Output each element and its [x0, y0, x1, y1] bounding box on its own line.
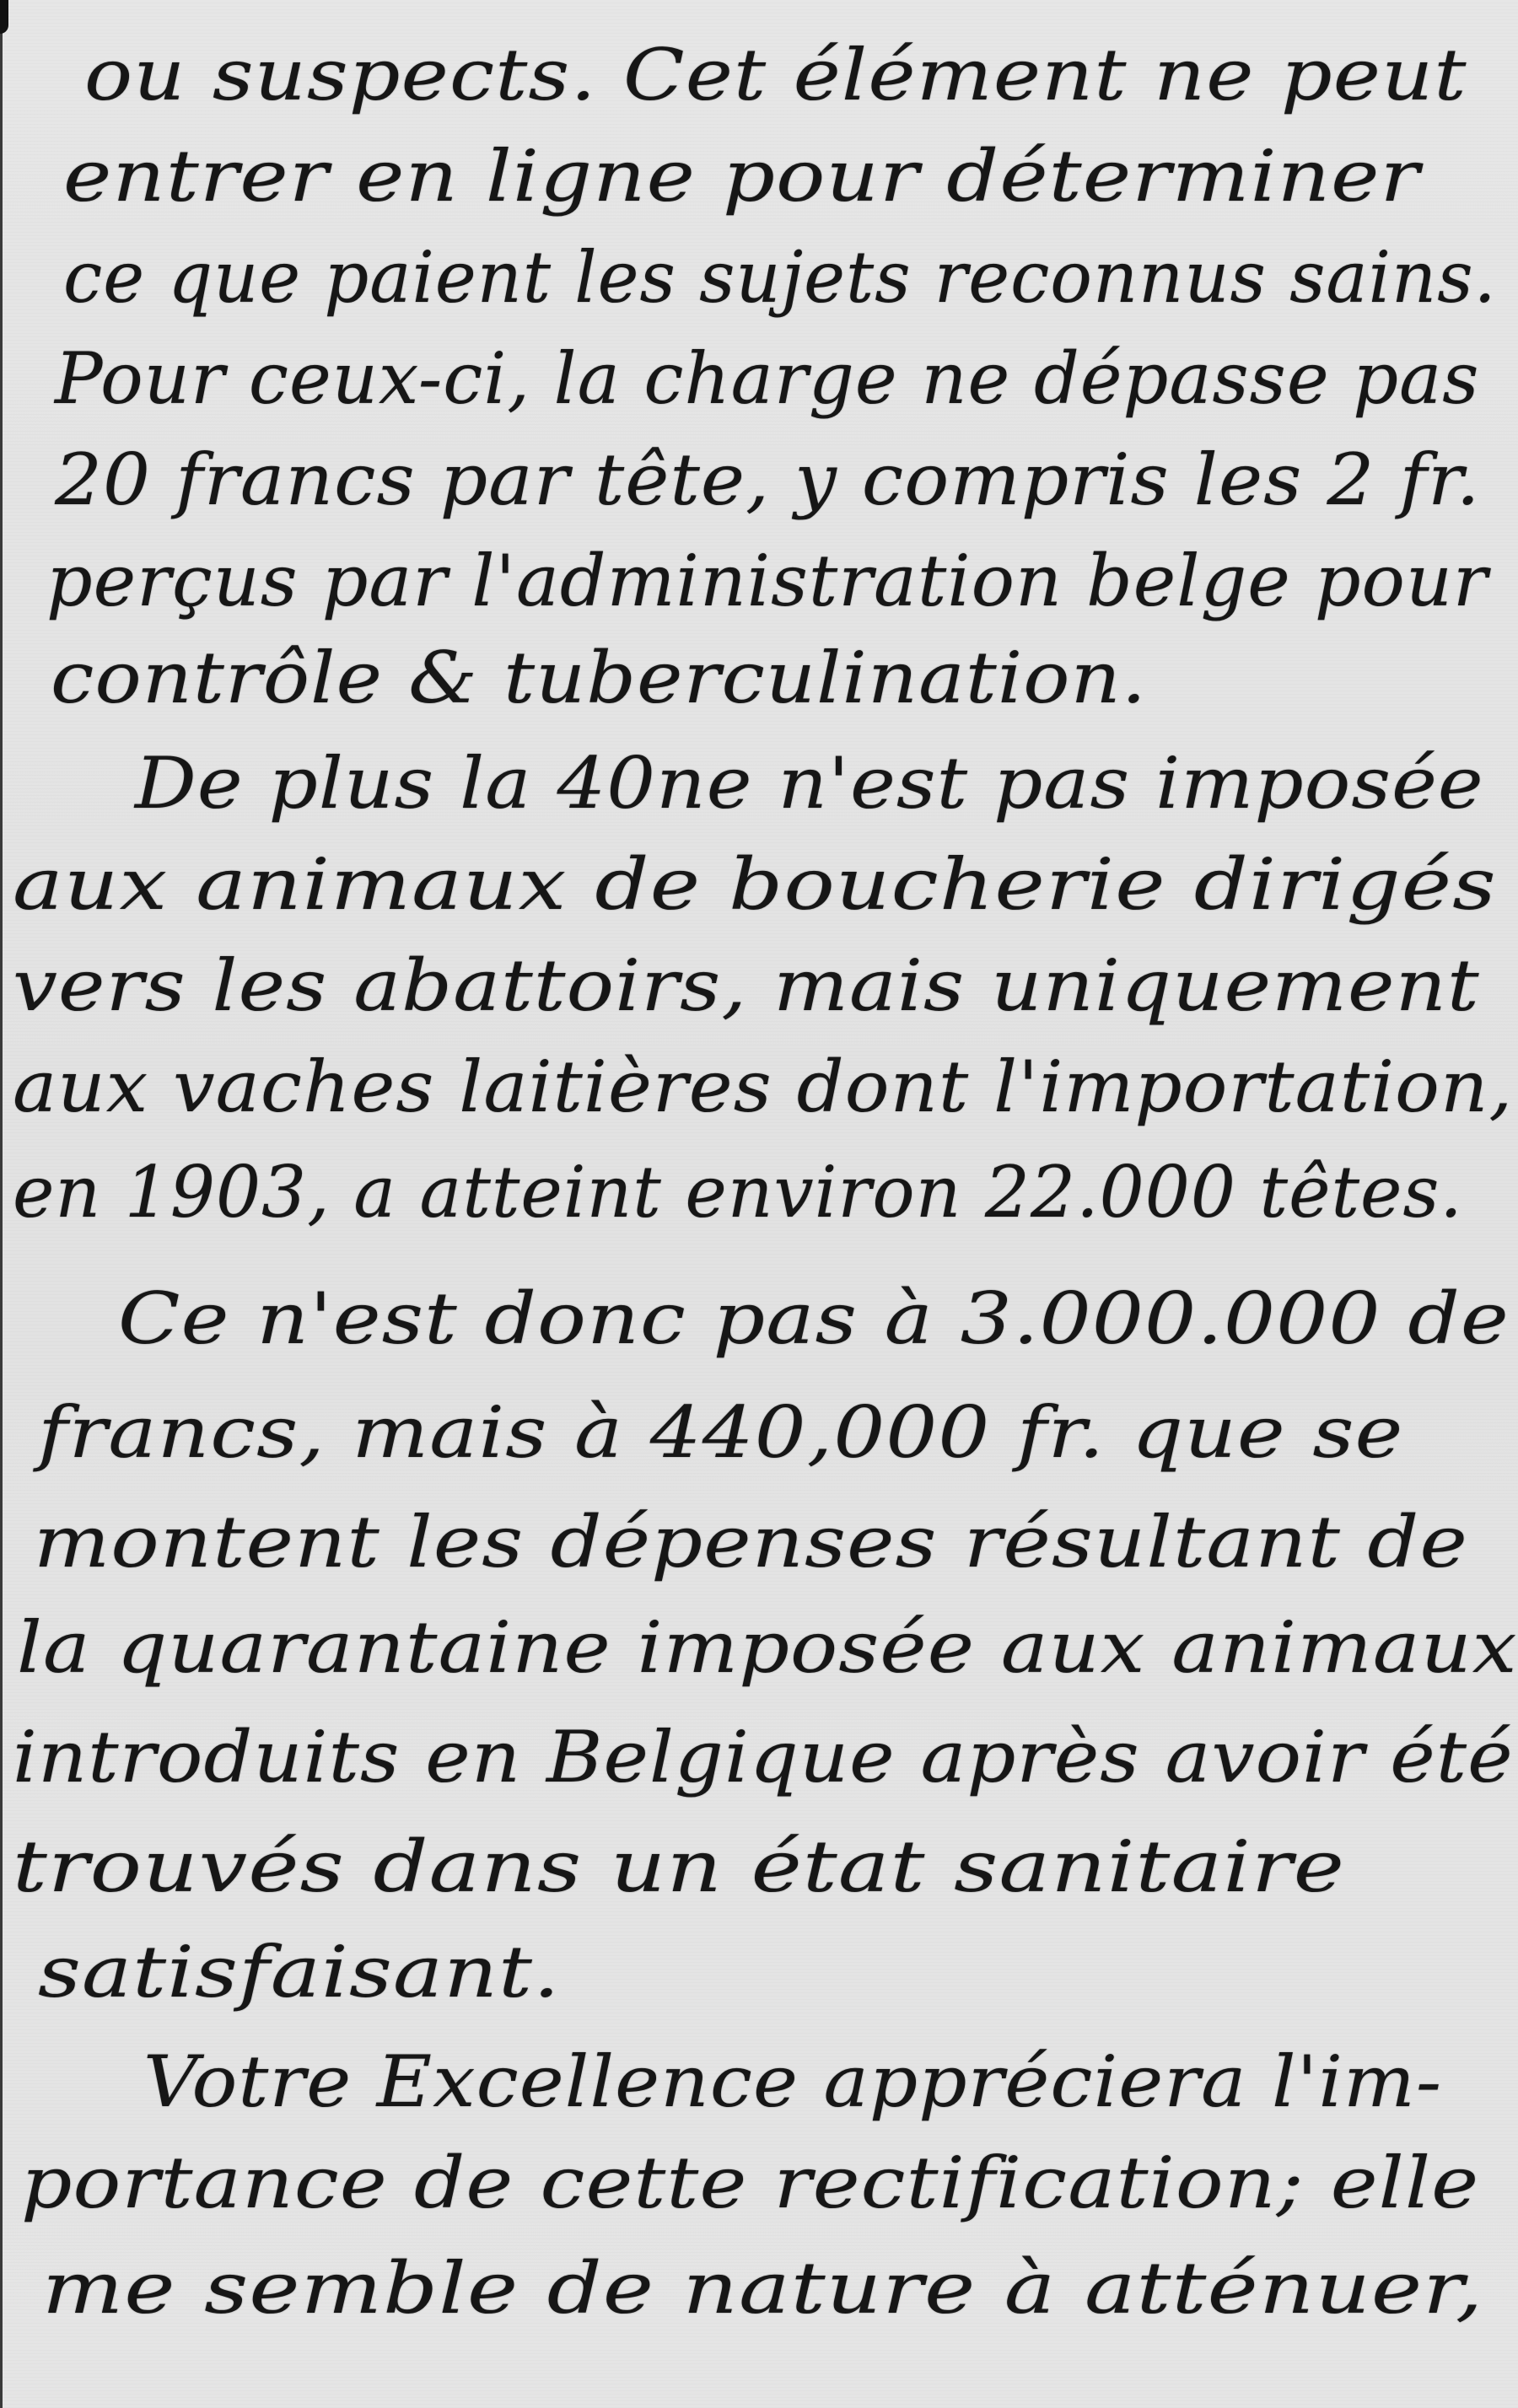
text-line: entrer en ligne pour déterminer [63, 135, 1420, 218]
paragraph-start-line: Ce n'est donc pas à 3.000.000 de [118, 1277, 1510, 1360]
page-corner-mark [0, 0, 8, 34]
text-line: perçus par l'administration belge pour [46, 540, 1488, 622]
text-line: 20 francs par tête, y compris les 2 fr. [55, 438, 1481, 521]
paragraph-start-line: De plus la 40ne n'est pas imposée [135, 742, 1484, 825]
text-line: Pour ceux-ci, la charge ne dépasse pas [55, 337, 1479, 420]
text-line: introduits en Belgique après avoir été [13, 1716, 1514, 1798]
text-line: en 1903, a atteint environ 22.000 têtes. [13, 1151, 1463, 1234]
text-line: francs, mais à 440,000 fr. que se [38, 1391, 1403, 1474]
text-line: aux animaux de boucherie dirigés [13, 843, 1497, 926]
text-line: la quarantaine imposée aux animaux [17, 1606, 1518, 1689]
text-line: portance de cette rectification; elle [21, 2142, 1479, 2224]
text-line: montent les dépenses résultant de [34, 1501, 1468, 1583]
text-line: contrôle & tuberculination. [51, 637, 1147, 719]
text-line: vers les abattoirs, mais uniquement [13, 944, 1480, 1027]
paragraph-start-line: Votre Excellence appréciera l'im- [143, 2040, 1442, 2123]
manuscript-page: ou suspects. Cet élément ne peut entrer … [0, 0, 1518, 2408]
text-line: aux vaches laitières dont l'importation, [13, 1045, 1513, 1128]
page-left-edge [0, 0, 3, 2408]
text-line: trouvés dans un état sanitaire [13, 1825, 1345, 1908]
text-line: satisfaisant. [38, 1931, 561, 2013]
text-line: ou suspects. Cet élément ne peut [84, 34, 1467, 116]
text-line: ce que paient les sujets reconnus sains. [63, 236, 1497, 319]
text-line: me semble de nature à atténuer, [42, 2247, 1483, 2330]
